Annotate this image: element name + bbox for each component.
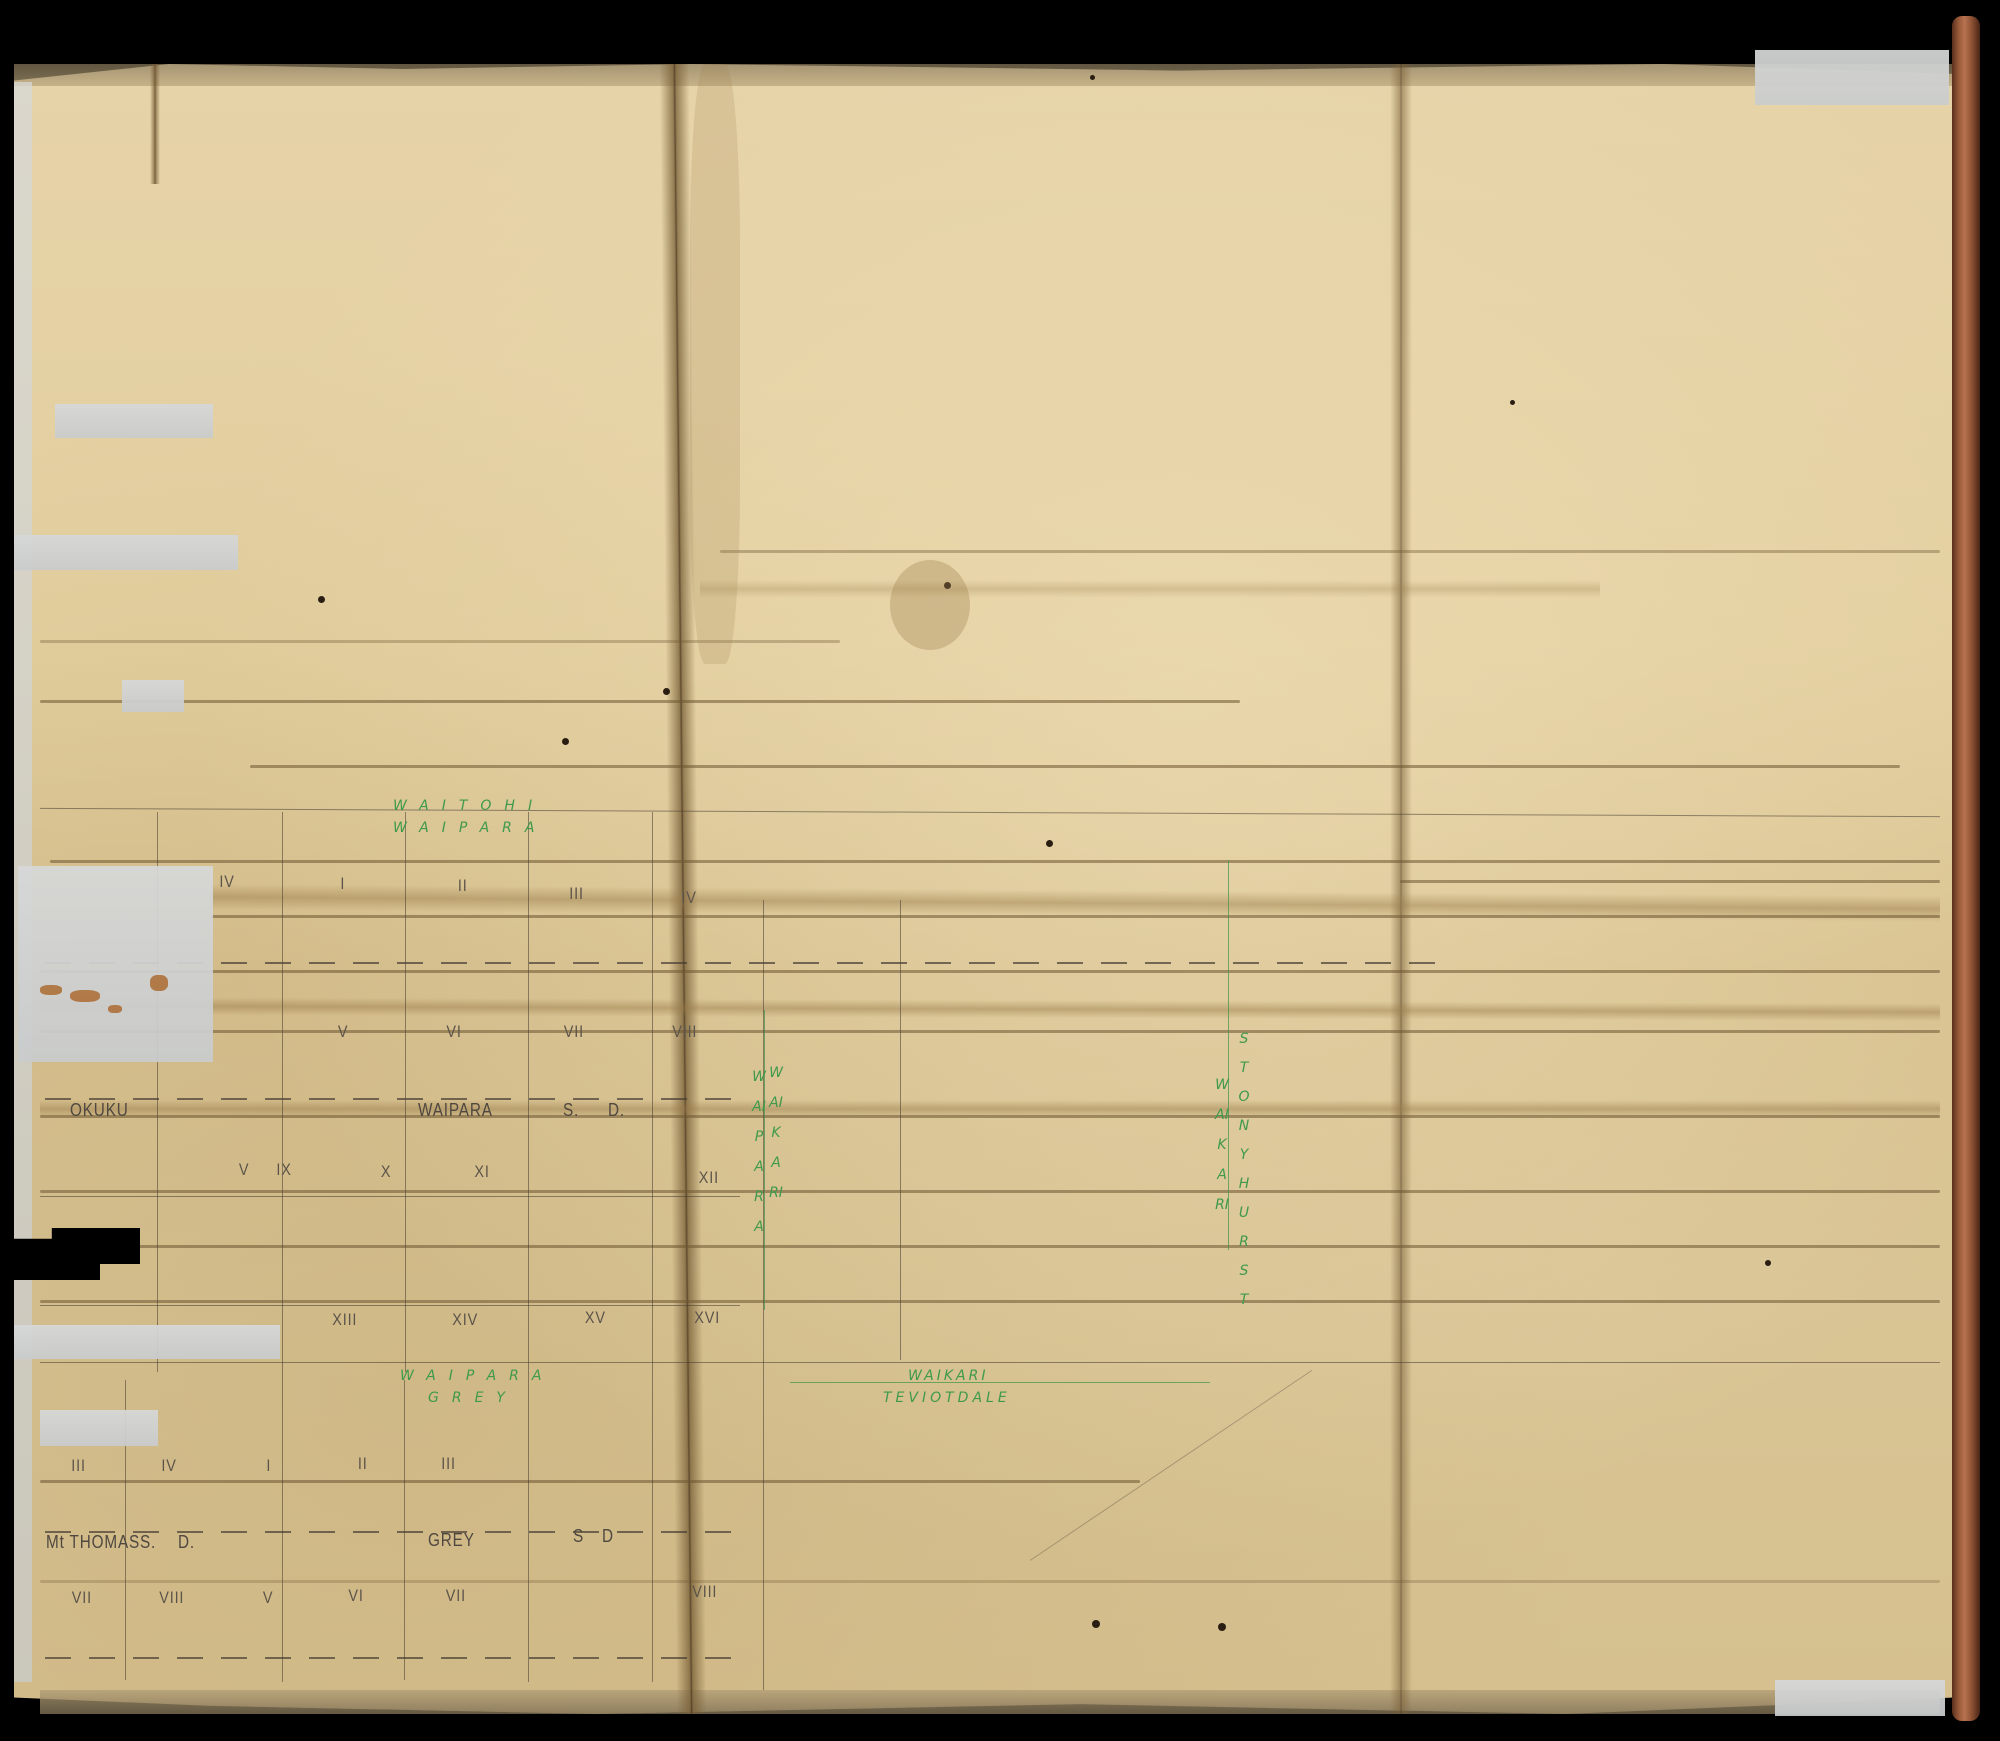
label-waipara-vertical: WAIPARA (751, 1062, 767, 1242)
block-number: III (441, 1454, 456, 1474)
grid-line (652, 812, 653, 1682)
ink-spot (1092, 1620, 1100, 1628)
district-grey: GREY (428, 1530, 475, 1551)
block-number: VIII (672, 1022, 697, 1042)
label-waikari-vertical: WAIKARI (768, 1058, 784, 1208)
district-boundary-dashed (45, 962, 1445, 964)
label-waikari-vertical-2: WAIKARI (1214, 1070, 1230, 1220)
water-stain (690, 64, 740, 664)
top-edge-wear (14, 64, 1954, 86)
district-mt-thomas-s: S. (140, 1532, 156, 1553)
ink-spot (1510, 400, 1515, 405)
grid-line (282, 812, 283, 1682)
label-grey: GREY (428, 1390, 518, 1406)
crack (40, 700, 1240, 703)
district-grey-s: S (573, 1526, 584, 1547)
crack (40, 1190, 1940, 1193)
block-number: X (381, 1162, 391, 1182)
water-stain (890, 560, 970, 650)
crack (1400, 880, 1940, 883)
tape-patch (1755, 50, 1949, 105)
block-number: XII (699, 1168, 719, 1188)
district-waipara: WAIPARA (418, 1100, 493, 1121)
district-grey-d: D (602, 1526, 614, 1547)
rust-spot (40, 985, 62, 995)
block-number: VII (72, 1588, 92, 1608)
crack (40, 1030, 1940, 1033)
crack (720, 550, 1940, 553)
crack (50, 860, 1940, 863)
block-number: VII (446, 1586, 466, 1606)
tape-patch (1775, 1680, 1945, 1716)
ink-spot (1090, 75, 1095, 80)
rust-spot (108, 1005, 122, 1013)
block-number: V (338, 1022, 348, 1042)
block-number: XVI (694, 1308, 720, 1328)
crack (40, 1580, 1940, 1583)
crack (250, 765, 1900, 768)
block-number: III (569, 884, 584, 904)
block-number: XIV (452, 1310, 478, 1330)
fold-crease-2 (1390, 64, 1412, 1714)
district-waipara-s: S. (563, 1100, 579, 1121)
grid-line (900, 900, 901, 1360)
district-waipara-d: D. (608, 1100, 625, 1121)
tape-patch (40, 1410, 158, 1446)
label-teviotdale: TEVIOTDALE (883, 1390, 1011, 1406)
bottom-edge-wear (40, 1690, 1940, 1714)
block-number: III (71, 1456, 86, 1476)
district-mt-thomas: Mt THOMAS (46, 1532, 140, 1553)
block-number: V (239, 1160, 249, 1180)
block-number: I (266, 1456, 271, 1476)
district-boundary-dashed (45, 1657, 745, 1659)
block-number: VI (348, 1586, 363, 1606)
block-number: IV (219, 872, 234, 892)
label-waikari-bottom: WAIKARI (908, 1368, 988, 1384)
fold-crease-left (150, 64, 160, 184)
block-number: V (263, 1588, 273, 1608)
district-boundary-dashed (45, 1098, 745, 1100)
tape-patch (14, 535, 238, 570)
ink-spot (663, 688, 670, 695)
crack (40, 1480, 1140, 1483)
tape-patch (122, 680, 184, 712)
ink-spot (1218, 1623, 1226, 1631)
grid-line (40, 1196, 740, 1197)
grid-line (528, 812, 529, 1682)
ink-spot (1765, 1260, 1771, 1266)
block-number: VII (564, 1022, 584, 1042)
block-number: VI (446, 1022, 461, 1042)
block-number: I (340, 874, 345, 894)
tape-patch (14, 1325, 280, 1359)
block-number: XIII (332, 1310, 357, 1330)
label-waipara-bottom: WAIPARA (400, 1368, 554, 1384)
block-number: IV (161, 1456, 176, 1476)
label-waipara-top: WAIPARA (393, 820, 547, 836)
block-number: II (358, 1454, 368, 1474)
crack (40, 1245, 1940, 1248)
rust-spot (70, 990, 100, 1002)
ink-spot (562, 738, 569, 745)
block-number: IX (276, 1160, 291, 1180)
paper-tear (14, 1258, 100, 1280)
district-okuku: OKUKU (70, 1100, 129, 1121)
block-number: XV (585, 1308, 606, 1328)
wooden-roller (1952, 16, 1980, 1721)
crack (40, 970, 1940, 973)
ink-spot (318, 596, 325, 603)
block-number: IV (681, 888, 696, 908)
green-boundary-line (790, 1382, 1210, 1383)
block-number: II (458, 876, 468, 896)
grid-line (405, 812, 406, 1372)
tape-patch (55, 404, 213, 438)
block-number: XI (474, 1162, 489, 1182)
label-waitohi: WAITOHI (393, 798, 545, 814)
grid-line (40, 1362, 1940, 1363)
crack (40, 1115, 1940, 1118)
stain-band (700, 580, 1600, 598)
tape-patch-large (18, 866, 213, 1062)
crack (210, 915, 1940, 918)
grid-line (40, 1305, 740, 1306)
ink-spot (1046, 840, 1053, 847)
block-number: VIII (692, 1582, 717, 1602)
grid-line (404, 1380, 405, 1680)
label-stonyhurst: STONYHURST (1236, 1025, 1252, 1315)
block-number: VIII (159, 1588, 184, 1608)
crack (40, 1300, 1940, 1303)
rust-spot (150, 975, 168, 991)
district-mt-thomas-d: D. (178, 1532, 195, 1553)
